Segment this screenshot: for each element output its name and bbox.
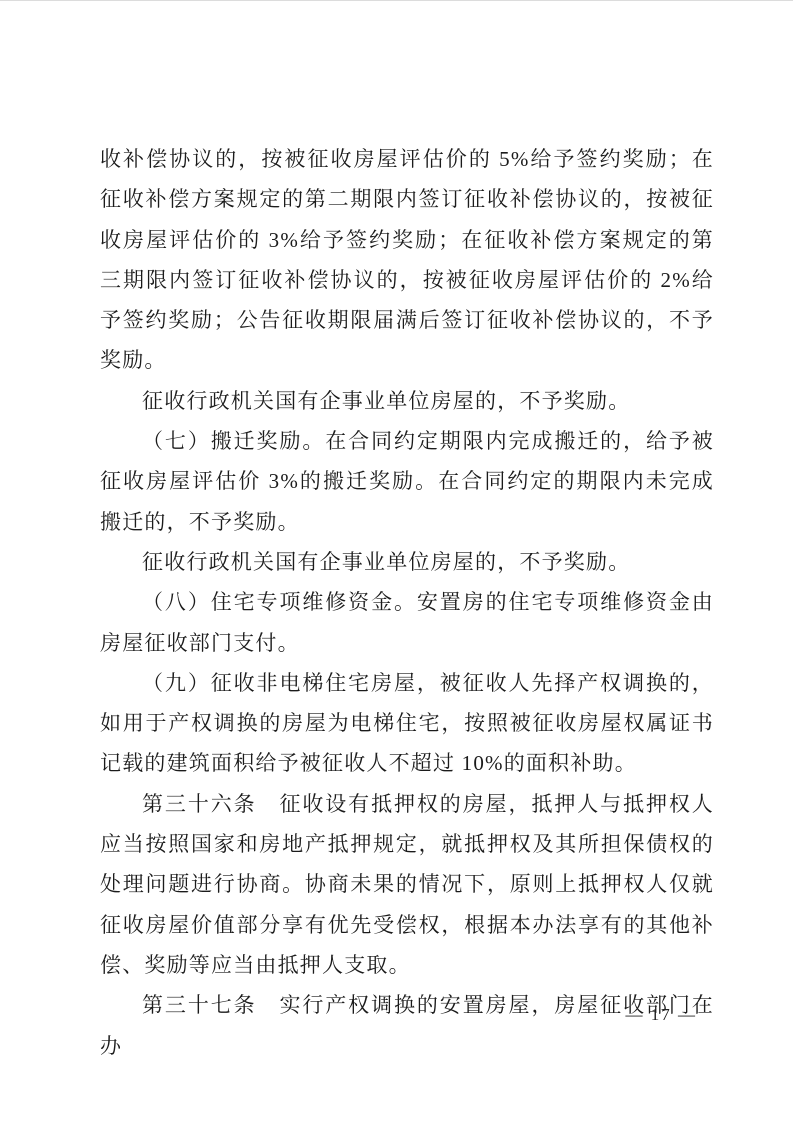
- paragraph-article-37: 第三十七条 实行产权调换的安置房屋，房屋征收部门在办: [100, 985, 714, 1066]
- paragraph-item-9: （九）征收非电梯住宅房屋，被征收人先择产权调换的，如用于产权调换的房屋为电梯住宅…: [100, 663, 714, 784]
- document-page: 收补偿协议的，按被征收房屋评估价的 5%给予签约奖励；在征收补偿方案规定的第二期…: [0, 0, 793, 1123]
- paragraph: 征收行政机关国有企事业单位房屋的，不予奖励。: [100, 542, 714, 582]
- page-number: — 17 —: [626, 1003, 698, 1027]
- document-body: 收补偿协议的，按被征收房屋评估价的 5%给予签约奖励；在征收补偿方案规定的第二期…: [100, 139, 714, 1066]
- paragraph-item-8: （八）住宅专项维修资金。安置房的住宅专项维修资金由房屋征收部门支付。: [100, 582, 714, 663]
- paragraph-continuation: 收补偿协议的，按被征收房屋评估价的 5%给予签约奖励；在征收补偿方案规定的第二期…: [100, 139, 714, 381]
- paragraph-item-7: （七）搬迁奖励。在合同约定期限内完成搬迁的，给予被征收房屋评估价 3%的搬迁奖励…: [100, 421, 714, 542]
- paragraph-article-36: 第三十六条 征收设有抵押权的房屋，抵押人与抵押权人应当按照国家和房地产抵押规定，…: [100, 784, 714, 985]
- paragraph: 征收行政机关国有企事业单位房屋的，不予奖励。: [100, 381, 714, 421]
